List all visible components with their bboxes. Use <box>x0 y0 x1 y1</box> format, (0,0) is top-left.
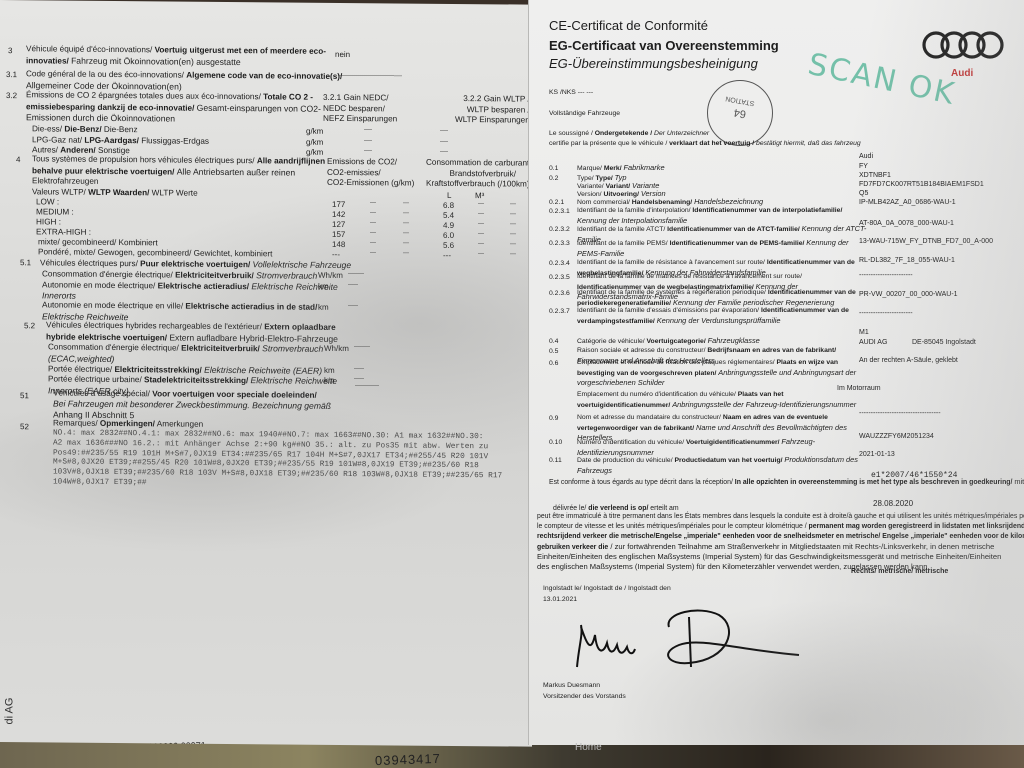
label-nl: In alle opzichten in overeenstemming is … <box>735 479 1013 486</box>
label-de: Vollelektrische Fahrzeuge <box>253 259 352 270</box>
unit: Wh/km <box>324 344 349 353</box>
item-number: 0.6 <box>549 360 558 367</box>
co2-value: --- <box>370 240 376 246</box>
label-nl: Identificatienummer van de ATCT-familie/ <box>667 226 801 233</box>
certificate-item-value: M1 <box>859 329 869 336</box>
section-3-label: Véhicule équipé d'éco-innovations/ Voert… <box>26 44 326 69</box>
label-de: / zur fortwährenden Teilnahme am Straßen… <box>608 542 994 551</box>
fuel-value: --- <box>510 211 516 217</box>
label-de: Elektrofahrzeugen <box>32 176 98 186</box>
label-fr: Portée électrique/ <box>48 364 114 374</box>
label-fr: Nom commercial/ <box>577 199 632 206</box>
label-fr: Identifiant de la famille d'essais d'émi… <box>577 307 761 314</box>
wltp-phase-label: HIGH : <box>36 217 61 228</box>
unit-litres: L <box>447 191 451 200</box>
label-de: Amerkungen <box>157 419 203 428</box>
fuel-litres-value: --- <box>443 250 451 259</box>
signatory-name: Markus Duesmann <box>543 681 600 692</box>
bev-rows: Consommation d'énergie électrique/ Elekt… <box>0 0 532 5</box>
certificate-item-value: 13-WAU-715W_FY_DTNB_FD7_00_A-000 <box>859 238 993 245</box>
wltp-phase-label: MEDIUM : <box>36 207 74 218</box>
value: -------- <box>354 344 370 350</box>
header-line: Brandstofverbruik/ <box>450 169 516 179</box>
label-nl: verklaart dat het voertuig / <box>669 140 754 147</box>
label-nl: die verleend is op/ <box>588 505 648 512</box>
certificate-item-label: Date de production du véhicule/ Producti… <box>577 455 867 476</box>
fuel-value: --- <box>510 231 516 237</box>
label-nl: Totale CO 2 - <box>263 92 313 101</box>
co2-value: --- <box>403 210 409 216</box>
label-nl: Elektriciteitverbruik/ <box>175 271 256 281</box>
label-fr: Autonomie en mode électrique en ville/ <box>42 300 185 310</box>
label-nl: permanent mag worden geregistreerd in li… <box>809 523 1024 530</box>
fuel-type-row: Die-ess/ Die-Benz/ Die-Benz <box>32 124 138 136</box>
label-fr: Consommation d'énergie électrique/ <box>48 342 181 352</box>
value: ----- <box>348 282 358 288</box>
label-nl: Elektrische actieradius/ <box>158 281 252 291</box>
label-nl: Extern oplaadbare <box>264 322 335 332</box>
item-number: 0.2.3.4 <box>549 260 570 267</box>
item-number: 0.11 <box>549 457 562 464</box>
label-fr: Catégorie de véhicule/ <box>577 338 647 345</box>
certificate-item-value: Audi <box>859 153 873 160</box>
certificate-item-label: Catégorie de véhicule/ Voertuigcategorie… <box>577 336 867 347</box>
value: ----- <box>348 303 358 309</box>
label-nl: Elektriciteitverbruik/ <box>181 344 262 354</box>
fuel-value: --- <box>510 221 516 227</box>
label-nl: Puur elektrische voertuigen/ <box>140 259 250 269</box>
place-date: 13.01.2021 <box>543 595 577 606</box>
section-number: 3.1 <box>6 70 17 79</box>
section-51-label: Véhicules à usage spécial/ Voor voertuig… <box>53 387 331 422</box>
unit: Wh/km <box>318 271 343 280</box>
label-de: Innerorts (EAER city) <box>48 385 129 396</box>
label-nl: Identificatienummer van de PEMS-familie/ <box>670 240 807 247</box>
label-fr: Véhicules électriques purs/ <box>40 258 138 268</box>
label-fr: Véhicule équipé d'éco-innovations/ <box>26 44 152 54</box>
label-de: Handelsbezeichnung <box>694 197 763 206</box>
fuel-litres-value: 6.8 <box>443 201 454 210</box>
wltp-values-table: LOW :177------6.8------MEDIUM :142------… <box>0 0 532 5</box>
label-nl: Ondergetekende / <box>595 130 652 137</box>
label-de: Elektrische Reichweite <box>42 311 128 322</box>
certificate-item-label: Identifiant de la famille d'essais d'émi… <box>577 306 867 326</box>
fuel-m3-value: --- <box>478 231 484 237</box>
fuel-type-row: Autres/ Anderen/ Sonstige <box>32 145 130 156</box>
fuel-type-rows: Die-ess/ Die-Benz/ Die-Benzg/km--------L… <box>0 0 532 5</box>
label-de: Allgemeiner Code der Ökoinnovation(en) <box>26 80 182 91</box>
signature-icon <box>569 605 819 675</box>
section-4-label: Tous systèmes de propulsion hors véhicul… <box>32 154 325 200</box>
certificate-item-value: Im Motorraum <box>837 385 881 392</box>
label-fr: Autres/ <box>32 145 60 154</box>
item-number: 0.2.1 <box>549 199 564 206</box>
wltp-value: ---- <box>440 149 448 155</box>
label-de: Anhang II Abschnitt 5 <box>53 409 134 420</box>
label-fr: Identifiant de la famille d'interpolatio… <box>577 207 692 214</box>
label-nl: behalve puur elektrische voertuigen/ <box>32 166 174 176</box>
fuel-litres-value: 6.0 <box>443 231 454 240</box>
eco-innovation-value: nein <box>335 50 350 59</box>
section-number: 5.2 <box>24 321 35 330</box>
label-de: Stromverbrauch <box>256 270 317 281</box>
label-de: Fabrikmarke <box>623 163 664 172</box>
header-line: NEDC besparen/ <box>323 103 385 113</box>
unit-cubic-metres: M³ <box>475 191 484 200</box>
label-de: bestätigt hiermit, daß das fahrzeug <box>756 140 861 147</box>
side-text: di AG <box>3 698 15 725</box>
co2-value: --- <box>403 240 409 246</box>
item-number: 0.2.3.3 <box>549 240 570 247</box>
place-label: Ingolstadt le/ Ingolstadt de / Ingolstad… <box>543 584 671 595</box>
fuel-column-header: Consommation de carburant/ Brandstofverb… <box>426 158 516 191</box>
label-nl: innovaties/ <box>26 56 69 65</box>
label-fr: Emplacement du numéro d'identification d… <box>577 391 738 398</box>
label: peut être immatriculé à titre permanent … <box>537 513 1024 520</box>
label-de: Elektrische Reichweite (EAER) <box>204 364 322 375</box>
label-fr: LPG-Gaz nat/ <box>32 135 84 144</box>
phev-rows: Consommation d'énergie électrique/ Elekt… <box>0 0 532 5</box>
value: -------- <box>348 271 364 277</box>
section-number: 4 <box>16 155 20 164</box>
header-line: CO2-Emissionen (g/km) <box>327 178 414 188</box>
label-fr: Autonomie en mode électrique/ <box>42 280 158 290</box>
label-de: Innerorts <box>42 290 76 300</box>
certificate-item-value: AT-80A_0A_0078_000-WAU-1 <box>859 220 954 227</box>
electric-row: Autonomie en mode électrique en ville/ E… <box>42 300 317 325</box>
certificate-item-value: FD7FD7CK007RT51B184BIAEM1FSD1 <box>859 181 984 188</box>
label-de: Die-Benz <box>104 125 138 134</box>
certificate-item-value: IP-MLB42AZ_A0_0686-WAU-1 <box>859 199 956 206</box>
label-fr: Nom et adresse du mandataire du construc… <box>577 414 723 421</box>
unit: km <box>324 376 335 385</box>
section-number: 51 <box>20 391 29 400</box>
label-nl: Bedrijfsnaam en adres van de fabrikant/ <box>707 347 836 354</box>
ks-nks: KS /NKS --- --- <box>549 88 593 99</box>
label-nl: Elektriciteitsstrekking/ <box>114 364 204 374</box>
electric-row: Consommation d'énergie électrique/ Elekt… <box>48 341 323 367</box>
label-fr: Raison sociale et adresse du constructeu… <box>577 347 707 354</box>
certificate-item-label: Emplacement du numéro d'identification d… <box>577 390 867 410</box>
label-fr: Émissions de CO 2 épargnées totales dues… <box>26 90 261 101</box>
drive-side-units: Rechts/ metrische/ metrische <box>851 567 948 578</box>
label-de: Gesamt-einsparungen von CO2- <box>197 102 321 113</box>
value: ----- <box>354 376 364 382</box>
label-de: Sonstige <box>98 146 130 155</box>
nedc-value: ---- <box>364 127 372 133</box>
tape-number: 03943417 <box>375 751 441 768</box>
section-3-1-label: Code général de la ou des éco-innovation… <box>26 69 342 94</box>
item-number: 0.5 <box>549 348 558 355</box>
label-de: Emissionen durch die Ökoinnovationen <box>26 112 175 123</box>
unit: km <box>318 281 329 290</box>
item-number: 0.9 <box>549 415 558 422</box>
label-nl: Alle aandrijflijnen <box>257 156 325 166</box>
fuel-value: --- <box>510 241 516 247</box>
label-nl: WLTP Waarden/ <box>88 188 149 198</box>
electric-row: Portée électrique/ Elektriciteitsstrekki… <box>48 363 322 377</box>
label-fr: Portée électrique urbaine/ <box>48 374 144 384</box>
section-3-2-label: Émissions de CO 2 épargnées totales dues… <box>26 90 321 126</box>
unit: g/km <box>306 148 323 157</box>
label-de: Elektrische Reichweite <box>251 281 337 292</box>
item-number: 0.2.3.7 <box>549 308 570 315</box>
item-number: 0.2 <box>549 175 558 182</box>
certificate-item-label: Identifiant de la famille PEMS/ Identifi… <box>577 238 867 259</box>
certificate-item-label: Emplacement et méthode de fixation des p… <box>577 358 867 389</box>
fuel-m3-value: --- <box>478 241 484 247</box>
header-line: 3.2.2 Gain WLTP / <box>463 94 530 104</box>
label-fr: Tous systèmes de propulsion hors véhicul… <box>32 154 255 165</box>
co2-value: 142 <box>332 210 345 219</box>
nedc-value: ---- <box>364 138 372 144</box>
label-fr: Véhicules à usage spécial/ <box>53 388 150 398</box>
electric-row: Consommation d'énergie électrique/ Elekt… <box>42 268 317 282</box>
audi-rings-logo-icon <box>921 30 1007 60</box>
item-number: 0.2.3.5 <box>549 274 570 281</box>
header-line: NEFZ Einsparungen <box>323 114 397 124</box>
co2-value: --- <box>370 250 376 256</box>
wltp-phase-label: mixte/ gecombineerd/ Kombiniert <box>38 237 158 249</box>
label-nl: Stadelektriciteitsstrekking/ <box>144 375 250 385</box>
label-fr: Identifiant de la famille ATCT/ <box>577 226 667 233</box>
item-number: 0.2.3.6 <box>549 290 570 297</box>
co2-value: 177 <box>332 200 345 209</box>
label-fr: Valeurs WLTP/ <box>32 187 86 196</box>
label-fr: Numéro d'identification du véhicule/ <box>577 439 686 446</box>
co2-value: --- <box>403 220 409 226</box>
undersigned-statement: Le soussigné / Ondergetekende / Der Unte… <box>549 129 861 149</box>
co2-value: 157 <box>332 230 345 239</box>
label-fr: Die-ess/ <box>32 124 64 133</box>
nedc-gain-header: 3.2.1 Gain NEDC/ NEDC besparen/ NEFZ Ein… <box>323 93 397 125</box>
fuel-value: --- <box>510 251 516 257</box>
label-de: Elektrische Reichweite <box>251 375 337 386</box>
section-number: 5.1 <box>20 258 31 267</box>
label-nl: Identificatienummer van de interpolatief… <box>692 207 842 214</box>
header-line: CO2-emissies/ <box>327 167 381 176</box>
certificate-item-value: 2021-01-13 <box>859 451 895 458</box>
section-number: 3.2 <box>6 91 17 100</box>
label-nl: Anderen/ <box>60 146 98 155</box>
label-nl: hybride elektrische voertuigen/ <box>46 332 167 342</box>
eco-code-value: -------------------------------- <box>338 73 402 80</box>
co2-value: 127 <box>332 220 345 229</box>
fuel-m3-value: --- <box>478 251 484 257</box>
item-number: 0.2.3.2 <box>549 226 570 233</box>
certificate-item-value: FY <box>859 163 868 170</box>
item-number: 0.10 <box>549 439 562 446</box>
certificate-item-value: An der rechten A-Säule, geklebt <box>859 357 958 364</box>
label-de: Stromverbrauch <box>262 343 323 354</box>
item-number: 0.2.3.1 <box>549 208 570 215</box>
label: Einheiten/Einheiten des englischen Maßsy… <box>537 552 1001 561</box>
title-fr: CE-Certificat de Conformité <box>549 18 708 33</box>
header-line: WLTP besparen / <box>467 105 530 115</box>
wltp-phase-label: EXTRA-HIGH : <box>36 227 91 238</box>
label-de: (ECAC,weighted) <box>48 353 114 364</box>
certificate-item-value: Q5 <box>859 190 868 197</box>
wltp-gain-header: 3.2.2 Gain WLTP / WLTP besparen / WLTP E… <box>455 94 530 126</box>
label-fr: Emplacement et méthode de fixation des p… <box>577 359 777 366</box>
certificate-item-value: WAUZZZFY6M2051234 <box>859 433 934 440</box>
label-de: Kennung der Verdunstungsprüffamilie <box>657 316 781 325</box>
label-nl: gebruiken verkeer die <box>537 544 608 551</box>
section-5-2-label: Véhicules électriques hybrides rechargea… <box>46 320 338 345</box>
certificate-item-value: ----------------------- <box>859 310 913 317</box>
label-nl: Die-Benz/ <box>64 125 104 134</box>
co2-value: 148 <box>332 239 345 248</box>
label-de: Extern aufladbare Hybrid-Elektro-Fahrzeu… <box>169 332 338 343</box>
special-purpose-value: ------------ <box>355 383 379 389</box>
certificate-item-value: PR-VW_00207_00_000-WAU-1 <box>859 291 958 298</box>
section-number: 3 <box>8 46 12 55</box>
section-number: 52 <box>20 422 29 431</box>
co2-value: --- <box>370 210 376 216</box>
label-fr: Le soussigné / <box>549 130 593 137</box>
issue-date: 28.08.2020 <box>873 499 913 508</box>
label-nl: Handelsbenaming/ <box>632 199 694 206</box>
co2-value: --- <box>403 250 409 256</box>
label-fr: certifie par la présente que le véhicule… <box>549 140 667 147</box>
header-line: Emissions de CO2/ <box>327 157 397 167</box>
fuel-litres-value: 5.6 <box>443 240 454 249</box>
label-fr: Consommation d'énergie électrique/ <box>42 269 175 279</box>
header-line: WLTP Einsparungen <box>455 115 530 125</box>
label: le compteur de vitesse et les unités mét… <box>537 523 809 530</box>
label-de: erteilt am <box>650 505 678 512</box>
item-number: 0.1 <box>549 165 558 172</box>
co2-value: --- <box>370 220 376 226</box>
label-fr: Remarques/ <box>53 418 98 427</box>
co2-value: --- <box>370 230 376 236</box>
label-de: Fahrzeug mit Ökoinnovation(en) ausgestat… <box>71 55 241 66</box>
fuel-type-row: LPG-Gaz nat/ LPG-Aardgas/ Flussiggas-Erd… <box>32 135 209 147</box>
item-number: 0.4 <box>549 338 558 345</box>
label-nl: Voor voertuigen voor speciale doeleinden… <box>152 389 317 399</box>
signatory-title: Vorsitzender des Vorstands <box>543 692 626 703</box>
co2-value: --- <box>403 201 409 207</box>
certificate-page-right: CE-Certificat de Conformité EG-Certifica… <box>528 0 1024 745</box>
registration-line: rechtsrijdend verkeer die metrische/Enge… <box>537 532 1024 543</box>
label-de: WLTP Werte <box>152 188 198 197</box>
fuel-value: --- <box>510 201 516 207</box>
registration-line: le compteur de vitesse et les unités mét… <box>537 522 1024 533</box>
certificate-item-value: AUDI AG <box>859 339 887 346</box>
title-nl: EG-Certificaat van Overeenstemming <box>549 38 779 53</box>
wltp-value: ---- <box>440 128 448 134</box>
label-nl: Voertuigidentificatienummer/ <box>686 439 781 446</box>
label-de: Der Unterzeichner <box>654 130 709 137</box>
label-fr: Identifiant de la famille PEMS/ <box>577 240 670 247</box>
label-nl: Opmerkingen/ <box>100 419 155 428</box>
fuel-m3-value: --- <box>478 201 484 207</box>
label-nl: Voertuigcategorie/ <box>647 338 708 345</box>
fuel-litres-value: 4.9 <box>443 221 454 230</box>
label-fr: Est conforme à tous égards au type décri… <box>549 479 733 486</box>
label-de: Anbringungsstelle der Fahrzeug-Identifiz… <box>672 400 856 409</box>
co2-value: --- <box>370 200 376 206</box>
electric-row: Portée électrique urbaine/ Stadelektrici… <box>48 373 337 399</box>
label-fr: Véhicules électriques hybrides rechargea… <box>46 320 262 331</box>
label-nl: Algemene code van de eco-innovatie(s)/ <box>186 71 342 81</box>
label-nl: emissiebesparing dankzij de eco-innovati… <box>26 102 194 112</box>
label-nl: Elektrische actieradius in de stad/ <box>185 302 317 312</box>
label-de: Flussiggas-Erdgas <box>141 136 209 146</box>
certificate-page-left: 3 Véhicule équipé d'éco-innovations/ Voe… <box>0 0 532 747</box>
unit: km <box>324 365 335 374</box>
header-line: Kraftstoffverbrauch (/100km) <box>426 179 530 189</box>
home-label: Home <box>575 742 602 753</box>
label-fr: Code général de la ou des éco-innovation… <box>26 69 184 79</box>
label-nl: Voertuig uitgerust met een of meerdere e… <box>155 45 326 55</box>
certificate-item-value: ----------------------------------- <box>859 410 941 417</box>
co2-value: --- <box>332 249 340 258</box>
value: ----- <box>354 366 364 372</box>
certificate-item-value: XDTNBF1 <box>859 172 891 179</box>
certificate-item-value: RL-DL382_7F_18_055-WAU-1 <box>859 257 955 264</box>
label-nl: rechtsrijdend verkeer die metrische/Enge… <box>537 533 1024 540</box>
label-de: Alle Antriebsarten außer reinen <box>177 166 295 177</box>
co2-column-header: Emissions de CO2/ CO2-emissies/ CO2-Emis… <box>327 157 414 190</box>
registration-line: peut être immatriculé à titre permanent … <box>537 512 1024 523</box>
label-fr: Marque/ <box>577 165 604 172</box>
label-nl: LPG-Aardgas/ <box>84 135 141 144</box>
electric-row: Autonomie en mode électrique/ Elektrisch… <box>42 279 338 305</box>
label-fr: délivrée le/ <box>553 505 586 512</box>
unit: g/km <box>306 137 323 146</box>
wltp-value: ---- <box>440 138 448 144</box>
unit: km <box>318 303 329 312</box>
unit: g/km <box>306 127 323 136</box>
header-line: Consommation de carburant/ <box>426 158 532 168</box>
approval-number: e1*2007/46*1550*24 <box>871 471 957 480</box>
label-de: mit dem in der folgenden Genehmigung bes… <box>1014 477 1024 486</box>
label-nl: Productiedatum van het voertuig/ <box>675 457 785 464</box>
label-de: Fahrzeugklasse <box>708 336 760 345</box>
wltp-phase-label: LOW : <box>36 197 59 208</box>
certificate-item-value: DE-85045 Ingolstadt <box>912 339 976 346</box>
nedc-value: ---- <box>364 148 372 154</box>
co2-value: --- <box>403 230 409 236</box>
fuel-litres-value: 5.4 <box>443 211 454 220</box>
fuel-m3-value: --- <box>478 211 484 217</box>
label-fr: Date de production du véhicule/ <box>577 457 675 464</box>
label-fr: Identifiant de la famille de systèmes à … <box>577 289 768 296</box>
wltp-phase-label: Pondéré, mixte/ Gewogen, gecombineerd/ G… <box>38 247 272 260</box>
fuel-m3-value: --- <box>478 221 484 227</box>
label-nl: Merk/ <box>604 165 624 172</box>
section-52-label: Remarques/ Opmerkingen/ Amerkungen <box>53 418 203 430</box>
vehicle-completeness: Vollständige Fahrzeuge <box>549 109 620 120</box>
title-de: EG-Übereinstimmungsbesheinigung <box>549 56 758 71</box>
certificate-item-label: Marque/ Merk/ Fabrikmarke <box>577 163 867 174</box>
label-fr: Identifiant de la famille de matrices de… <box>577 273 802 280</box>
remarks-text: NO.4: max 2832##NO.4.1: max 2832##NO.6: … <box>53 429 502 492</box>
header-line: 3.2.1 Gain NEDC/ <box>323 93 389 103</box>
certificate-item-value: ----------------------- <box>859 272 913 279</box>
label-fr: Identifiant de la famille de résistance … <box>577 259 767 266</box>
section-5-1-label: Véhicules électriques purs/ Puur elektri… <box>40 257 351 271</box>
label-de: Bei Fahrzeugen mit besonderer Zweckbesti… <box>53 398 331 410</box>
